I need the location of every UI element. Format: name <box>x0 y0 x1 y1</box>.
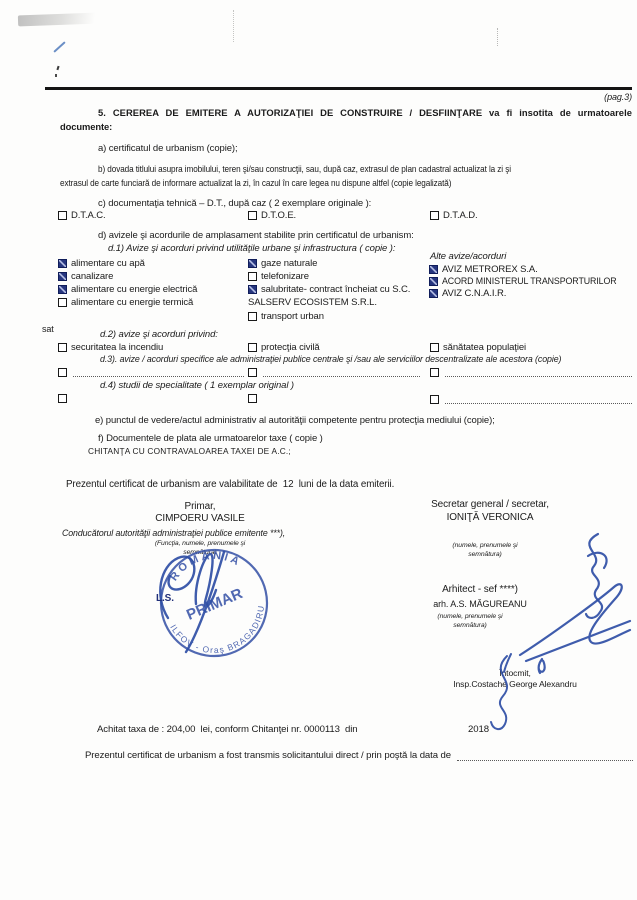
scan-smudge <box>18 13 98 27</box>
dt-option: D.T.O.E. <box>248 210 296 221</box>
dt-option: D.T.A.D. <box>430 210 478 221</box>
scan-fold-mark <box>497 28 499 46</box>
item-f: f) Documentele de plata ale urmatoarelor… <box>98 433 323 444</box>
d2-option: protecţia civilă <box>248 342 320 353</box>
checkbox-energie-electrica <box>58 285 67 294</box>
checkbox-label: telefonizare <box>261 271 309 282</box>
dotted-line <box>457 750 633 761</box>
d1-option: AVIZ C.N.A.I.R. <box>429 288 506 299</box>
checkbox-label: AVIZ METROREX S.A. <box>442 264 538 275</box>
transmit-line: Prezentul certificat de urbanism a fost … <box>85 750 633 761</box>
d2-option: securitatea la incendiu <box>58 342 163 353</box>
header-rule <box>45 87 632 90</box>
d1-option: ACORD MINISTERUL TRANSPORTURILOR <box>429 276 630 287</box>
checkbox-blank <box>58 368 67 377</box>
checkbox-dtad <box>430 211 439 220</box>
d4-blank-option <box>58 394 67 403</box>
d1-option: gaze naturale <box>248 258 317 269</box>
checkbox-gaze <box>248 259 257 268</box>
section5-heading-cont: documente: <box>60 121 112 132</box>
d4-heading: d.4) studii de specialitate ( 1 exemplar… <box>100 380 294 391</box>
checkbox-label: ACORD MINISTERUL TRANSPORTURILOR <box>442 276 617 287</box>
intocmit-signature <box>477 652 533 732</box>
checkbox-salubritate <box>248 285 257 294</box>
checkbox-label: protecţia civilă <box>261 342 320 353</box>
checkbox-label: transport urban <box>261 311 324 322</box>
d4-blank-option <box>248 394 257 403</box>
item-c: c) documentaţia tehnică – D.T., după caz… <box>98 198 371 209</box>
checkbox-label: gaze naturale <box>261 258 317 269</box>
checkbox-label: D.T.A.D. <box>443 210 478 221</box>
item-f-note: CHITANŢA CU CONTRAVALOAREA TAXEI DE A.C.… <box>88 446 291 456</box>
tax-paid-line: Achitat taxa de : 204,00 lei, conform Ch… <box>97 724 358 735</box>
d1-option: alimentare cu energie electrică <box>58 284 197 295</box>
d3-heading: d.3). avize / acorduri specifice ale adm… <box>100 354 561 365</box>
d1-option: canalizare <box>58 271 113 282</box>
checkbox-apa <box>58 259 67 268</box>
checkbox-blank <box>58 394 67 403</box>
d4-blank-option <box>430 394 632 404</box>
d3-blank-option <box>248 367 420 377</box>
item-b-line1: b) dovada titlului asupra imobilului, te… <box>98 164 511 175</box>
checkbox-dtac <box>58 211 67 220</box>
checkbox-telefonizare <box>248 272 257 281</box>
secretar-note: (numele, prenumele şi <box>420 542 550 549</box>
checkbox-label: alimentare cu energie electrică <box>71 284 197 295</box>
checkbox-blank <box>430 395 439 404</box>
checkbox-acord-transporturi <box>429 277 438 286</box>
d1-heading: d.1) Avize şi acorduri privind utilităţi… <box>108 243 395 254</box>
validity-statement: Prezentul certificat de urbanism are val… <box>66 479 394 490</box>
checkbox-blank <box>430 368 439 377</box>
item-b-line2: extrasul de carte funciară de informare … <box>60 178 451 189</box>
d1-option: transport urban <box>248 311 324 322</box>
secretar-title: Secretar general / secretar, <box>390 499 590 510</box>
secretar-name: IONIŢĂ VERONICA <box>390 512 590 523</box>
checkbox-incendiu <box>58 343 67 352</box>
scan-fold-mark <box>233 10 235 42</box>
checkbox-canalizare <box>58 272 67 281</box>
scan-speck <box>55 74 57 77</box>
checkbox-label: securitatea la incendiu <box>71 342 163 353</box>
checkbox-aviz-metrorex <box>429 265 438 274</box>
checkbox-label: D.T.O.E. <box>261 210 296 221</box>
checkbox-label: salubritate- contract încheiat cu S.C. <box>261 284 410 295</box>
dotted-line <box>445 367 632 377</box>
checkbox-blank <box>248 368 257 377</box>
d3-blank-option <box>58 367 244 377</box>
scan-speck <box>56 66 59 70</box>
dotted-line <box>263 367 420 377</box>
margin-note: sat <box>42 324 54 334</box>
d1-option: AVIZ METROREX S.A. <box>429 264 538 275</box>
d2-heading: d.2) avize şi acorduri privind: <box>100 329 218 340</box>
checkbox-sanatatea-populatiei <box>430 343 439 352</box>
d1-option: alimentare cu energie termică <box>58 297 193 308</box>
d1-option: salubritate- contract încheiat cu S.C. <box>248 284 410 295</box>
checkbox-label: AVIZ C.N.A.I.R. <box>442 288 506 299</box>
alte-avize-heading: Alte avize/acorduri <box>430 251 506 262</box>
item-d: d) avizele şi acordurile de amplasament … <box>98 230 414 241</box>
dt-option: D.T.A.C. <box>58 210 106 221</box>
checkbox-label: canalizare <box>71 271 113 282</box>
checkbox-blank <box>248 394 257 403</box>
section5-heading: 5. CEREREA DE EMITERE A AUTORIZAŢIEI DE … <box>60 107 632 118</box>
salubritate-contract-line2: SALSERV ECOSISTEM S.R.L. <box>248 297 377 308</box>
primar-title: Primar, <box>120 501 280 512</box>
checkbox-protectia-civila <box>248 343 257 352</box>
pen-mark <box>53 41 65 53</box>
checkbox-label: D.T.A.C. <box>71 210 106 221</box>
d1-option: alimentare cu apă <box>58 258 145 269</box>
dotted-line <box>445 394 632 404</box>
d2-option: sănătatea populaţiei <box>430 342 526 353</box>
secretar-note: semnătura) <box>420 551 550 558</box>
primar-name: CIMPOERU VASILE <box>100 513 300 524</box>
checkbox-transport-urban <box>248 312 257 321</box>
transmit-text: Prezentul certificat de urbanism a fost … <box>85 750 451 761</box>
document-page: (pag.3) 5. CEREREA DE EMITERE A AUTORIZA… <box>0 0 637 900</box>
ls-mark: L.S. <box>156 593 174 604</box>
d3-blank-option <box>430 367 632 377</box>
d1-option: telefonizare <box>248 271 309 282</box>
page-number: (pag.3) <box>580 92 632 102</box>
dotted-line <box>73 367 244 377</box>
checkbox-label: alimentare cu apă <box>71 258 145 269</box>
checkbox-energie-termica <box>58 298 67 307</box>
item-a: a) certificatul de urbanism (copie); <box>98 143 238 154</box>
checkbox-dtoe <box>248 211 257 220</box>
checkbox-label: sănătatea populaţiei <box>443 342 526 353</box>
checkbox-aviz-cnair <box>429 289 438 298</box>
item-e: e) punctul de vedere/actul administrativ… <box>95 415 495 426</box>
checkbox-label: alimentare cu energie termică <box>71 297 193 308</box>
